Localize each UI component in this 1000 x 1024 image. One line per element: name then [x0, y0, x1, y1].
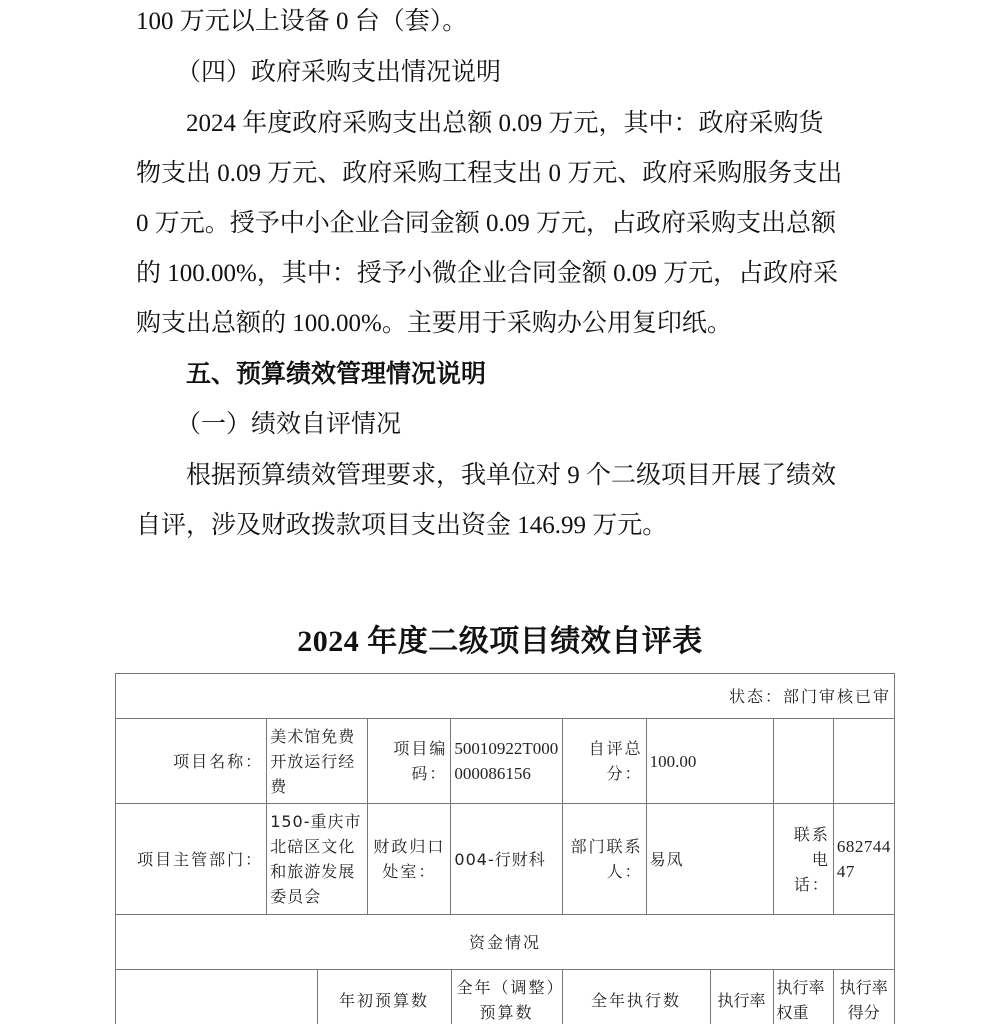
funds-col-rate-weight: 执行率权重 [773, 970, 833, 1024]
empty-cell [773, 719, 833, 804]
paragraph-p8: 五、预算绩效管理情况说明 [136, 350, 931, 400]
paragraph-p7: 购支出总额的 100.00%。主要用于采购办公用复印纸。 [136, 299, 881, 349]
self-score-label: 自评总分： [562, 719, 646, 804]
status-cell: 状态：部门审核已审 [116, 674, 895, 719]
paragraph-p11: 自评，涉及财政拨款项目支出资金 146.99 万元。 [136, 501, 881, 551]
funds-section-header: 资金情况 [116, 915, 895, 970]
paragraph-p6: 的 100.00%，其中：授予小微企业合同金额 0.09 万元，占政府采 [136, 249, 881, 299]
finance-office-label: 财政归口处室： [368, 804, 451, 915]
paragraph-p10: 根据预算绩效管理要求，我单位对 9 个二级项目开展了绩效 [136, 451, 931, 501]
table-title: 2024 年度二级项目绩效自评表 [0, 616, 1000, 660]
paragraph-p1: 100 万元以上设备 0 台（套）。 [136, 0, 881, 47]
paragraph-p3: 2024 年度政府采购支出总额 0.09 万元，其中：政府采购货 [136, 99, 931, 149]
phone-label: 联系电话： [773, 804, 833, 915]
funds-header-row: 年初预算数 全年（调整）预算数 全年执行数 执行率 执行率权重 执行率得分 [116, 970, 894, 1024]
paragraph-p4: 物支出 0.09 万元、政府采购工程支出 0 万元、政府采购服务支出 [136, 149, 881, 199]
project-code-value: 50010922T000000086156 [451, 719, 562, 804]
phone-value: 68274447 [833, 804, 894, 915]
contact-label: 部门联系人： [562, 804, 646, 915]
performance-self-evaluation-table: 状态：部门审核已审 项目名称： 美术馆免费开放运行经费 项目编码： 500109… [115, 673, 895, 1024]
funds-col-adjusted-budget: 全年（调整）预算数 [451, 970, 562, 1024]
funds-col-0 [116, 970, 317, 1024]
funds-col-exec-rate: 执行率 [710, 970, 773, 1024]
project-name-label: 项目名称： [116, 719, 267, 804]
dept-label: 项目主管部门： [116, 804, 267, 915]
paragraph-p5: 0 万元。授予中小企业合同金额 0.09 万元，占政府采购支出总额 [136, 199, 881, 249]
paragraph-p9: （一）绩效自评情况 [136, 400, 921, 450]
project-code-label: 项目编码： [368, 719, 451, 804]
funds-col-executed: 全年执行数 [562, 970, 710, 1024]
empty-cell [833, 719, 894, 804]
contact-value: 易凤 [646, 804, 773, 915]
funds-col-rate-score: 执行率得分 [833, 970, 894, 1024]
project-name-value: 美术馆免费开放运行经费 [267, 719, 368, 804]
paragraph-p2: （四）政府采购支出情况说明 [136, 48, 921, 98]
self-score-value: 100.00 [646, 719, 773, 804]
finance-office-value: 004-行财科 [451, 804, 562, 915]
funds-col-initial-budget: 年初预算数 [317, 970, 451, 1024]
dept-value: 150-重庆市北碚区文化和旅游发展委员会 [267, 804, 368, 915]
